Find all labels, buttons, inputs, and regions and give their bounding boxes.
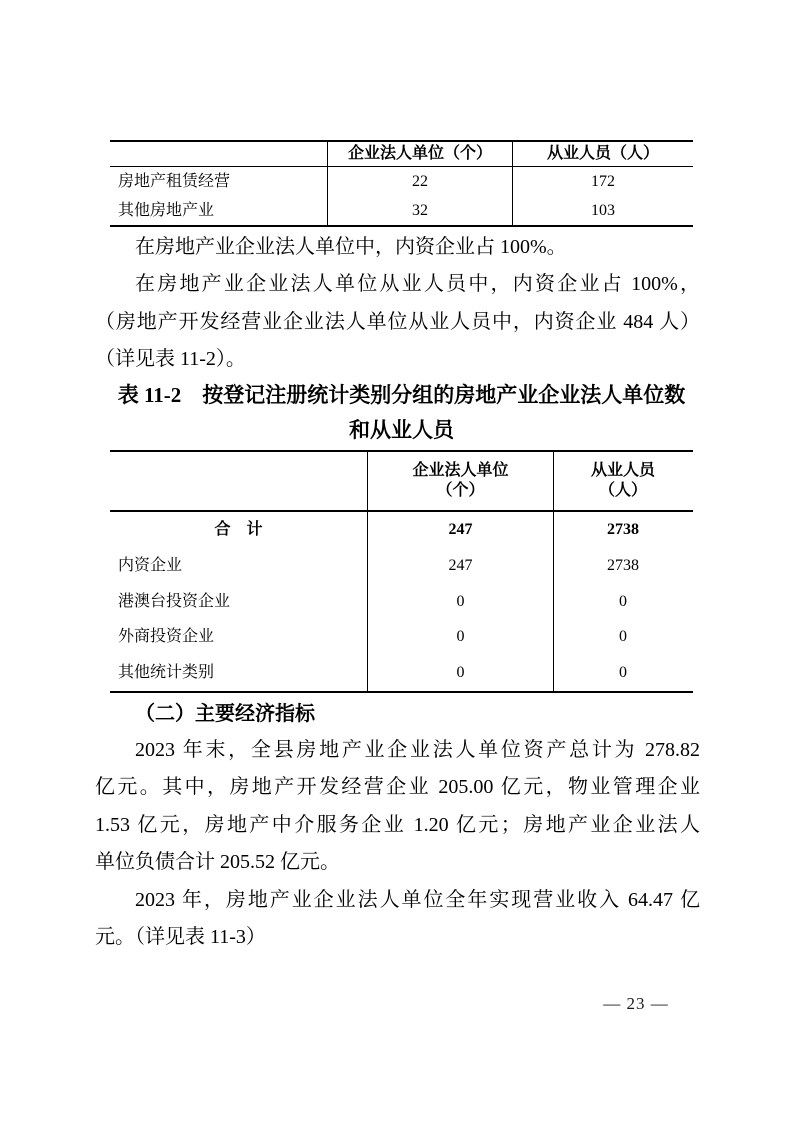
page-number: — 23 —	[556, 993, 716, 1015]
table-row-total: 合 计 247 2738	[110, 512, 693, 548]
paragraph-line: 在房地产业企业法人单位从业人员中，内资企业占 100%，	[95, 266, 700, 303]
table1-units-header: 企业法人单位（个）	[327, 142, 512, 166]
table2-staff-header-line2: （人）	[554, 481, 692, 501]
section-heading: （二）主要经济指标	[95, 700, 700, 728]
table-row: 其他房地产业 32 103	[110, 196, 693, 225]
paragraph-line: 2023 年，房地产业企业法人单位全年实现营业收入 64.47 亿	[95, 882, 700, 919]
table1-staff-value: 172	[512, 167, 693, 196]
table-header-row: 企业法人单位 （个） 从业人员 （人）	[110, 452, 693, 512]
table2-units-header: 企业法人单位 （个）	[367, 452, 553, 510]
table-header-row: 企业法人单位（个） 从业人员（人）	[110, 142, 693, 167]
table2-staff-value: 0	[553, 655, 692, 691]
body-paragraphs-2: 2023 年末，全县房地产业企业法人单位资产总计为 278.82 亿元。其中，房…	[95, 732, 700, 956]
table2-row-label: 内资企业	[110, 548, 367, 584]
paragraph-line: 1.53 亿元，房地产中介服务企业 1.20 亿元；房地产业企业法人	[95, 807, 700, 844]
table2-units-value: 0	[367, 584, 553, 620]
table-row: 外商投资企业 0 0	[110, 619, 693, 655]
paragraph-line: 元。（详见表 11-3）	[95, 919, 700, 956]
table2-staff-value: 0	[553, 584, 692, 620]
paragraph-line: （详见表 11-2）。	[95, 341, 700, 378]
table1-row-label: 房地产租赁经营	[110, 167, 327, 196]
table2-units-header-line2: （个）	[368, 481, 553, 501]
table2-staff-value: 2738	[553, 548, 692, 584]
paragraph-line: 单位负债合计 205.52 亿元。	[95, 844, 700, 881]
table1-staff-header: 从业人员（人）	[512, 142, 693, 166]
table-row: 房地产租赁经营 22 172	[110, 167, 693, 196]
table2-staff-header: 从业人员 （人）	[553, 452, 692, 510]
table2-row-label: 外商投资企业	[110, 619, 367, 655]
table-row: 其他统计类别 0 0	[110, 655, 693, 691]
table-row: 港澳台投资企业 0 0	[110, 584, 693, 620]
table2-units-value: 247	[367, 548, 553, 584]
body-paragraphs-1: 在房地产业企业法人单位中，内资企业占 100%。 在房地产业企业法人单位从业人员…	[95, 229, 700, 379]
table2-row-label: 合 计	[110, 512, 367, 548]
paragraph-line: 2023 年末，全县房地产业企业法人单位资产总计为 278.82	[95, 732, 700, 769]
paragraph-line: 在房地产业企业法人单位中，内资企业占 100%。	[95, 229, 700, 266]
table2-units-header-line1: 企业法人单位	[368, 461, 553, 481]
paragraph-line: （房地产开发经营业企业法人单位从业人员中，内资企业 484 人）	[95, 304, 700, 341]
table2-empty-header	[110, 452, 367, 510]
industry-category-table: 企业法人单位（个） 从业人员（人） 房地产租赁经营 22 172 其他房地产业 …	[110, 140, 693, 227]
table1-units-value: 32	[327, 196, 512, 225]
table2-title: 表 11-2 按登记注册统计类别分组的房地产业企业法人单位数 和从业人员	[110, 378, 693, 448]
table2-row-label: 港澳台投资企业	[110, 584, 367, 620]
table2-staff-header-line1: 从业人员	[554, 461, 692, 481]
table2-title-line2: 和从业人员	[110, 413, 693, 448]
table2-units-value: 0	[367, 619, 553, 655]
document-page: 企业法人单位（个） 从业人员（人） 房地产租赁经营 22 172 其他房地产业 …	[0, 0, 793, 1122]
table1-empty-header	[110, 142, 327, 166]
table2-staff-value: 2738	[553, 512, 692, 548]
table2-staff-value: 0	[553, 619, 692, 655]
table2-row-label: 其他统计类别	[110, 655, 367, 691]
table1-units-value: 22	[327, 167, 512, 196]
table1-row-label: 其他房地产业	[110, 196, 327, 225]
table-row: 内资企业 247 2738	[110, 548, 693, 584]
table2-title-line1: 表 11-2 按登记注册统计类别分组的房地产业企业法人单位数	[110, 378, 693, 413]
table1-staff-value: 103	[512, 196, 693, 225]
table2-units-value: 0	[367, 655, 553, 691]
registration-type-table: 企业法人单位 （个） 从业人员 （人） 合 计 247 2738 内资企业 24…	[110, 450, 693, 693]
table2-units-value: 247	[367, 512, 553, 548]
paragraph-line: 亿元。其中，房地产开发经营企业 205.00 亿元，物业管理企业	[95, 769, 700, 806]
